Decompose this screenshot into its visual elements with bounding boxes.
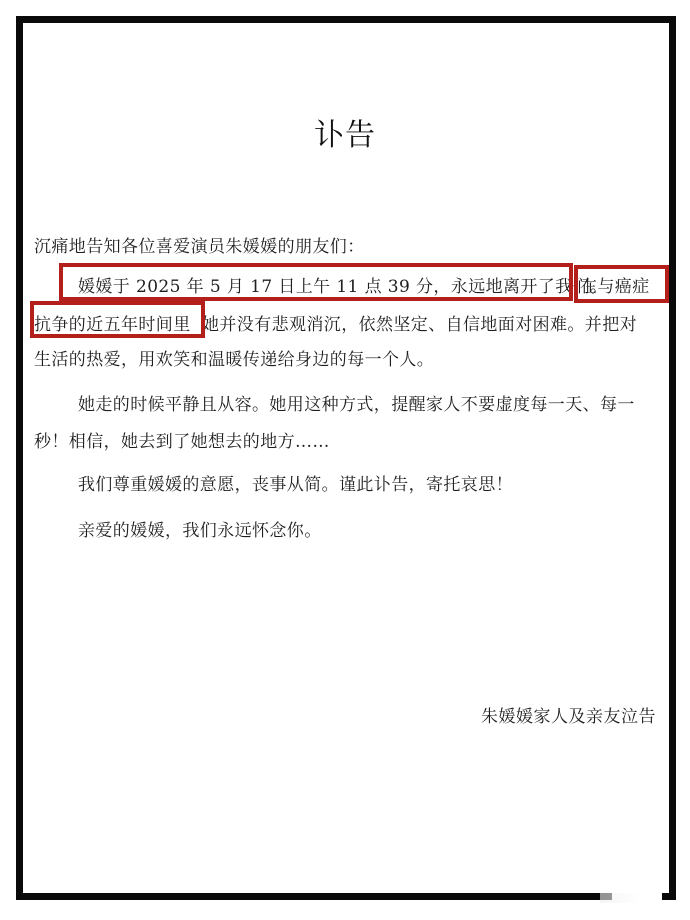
paragraph2-line1: 她走的时候平静且从容。她用这种方式，提醒家人不要虚度每一天、每一: [78, 390, 635, 415]
highlight-box-date: [59, 263, 573, 301]
highlight-box-cancer: [574, 265, 669, 303]
signature: 朱媛媛家人及亲友泣告: [481, 702, 656, 727]
paragraph3: 我们尊重媛媛的意愿，丧事从简。谨此讣告，寄托哀思！: [78, 470, 513, 495]
paragraph1-line2-rest: 她并没有悲观消沉，依然坚定、自信地面对困难。并把对: [202, 310, 637, 335]
watermark: [600, 893, 640, 903]
paragraph2-line2: 秒！相信，她去到了她想去的地方……: [34, 427, 330, 452]
salutation: 沉痛地告知各位喜爱演员朱媛媛的朋友们：: [34, 232, 365, 257]
paragraph4: 亲爱的媛媛，我们永远怀念你。: [78, 516, 322, 541]
document-title: 讣告: [0, 110, 690, 154]
highlight-box-five-years: [30, 301, 205, 338]
paragraph1-line3: 生活的热爱，用欢笑和温暖传递给身边的每一个人。: [34, 345, 434, 370]
